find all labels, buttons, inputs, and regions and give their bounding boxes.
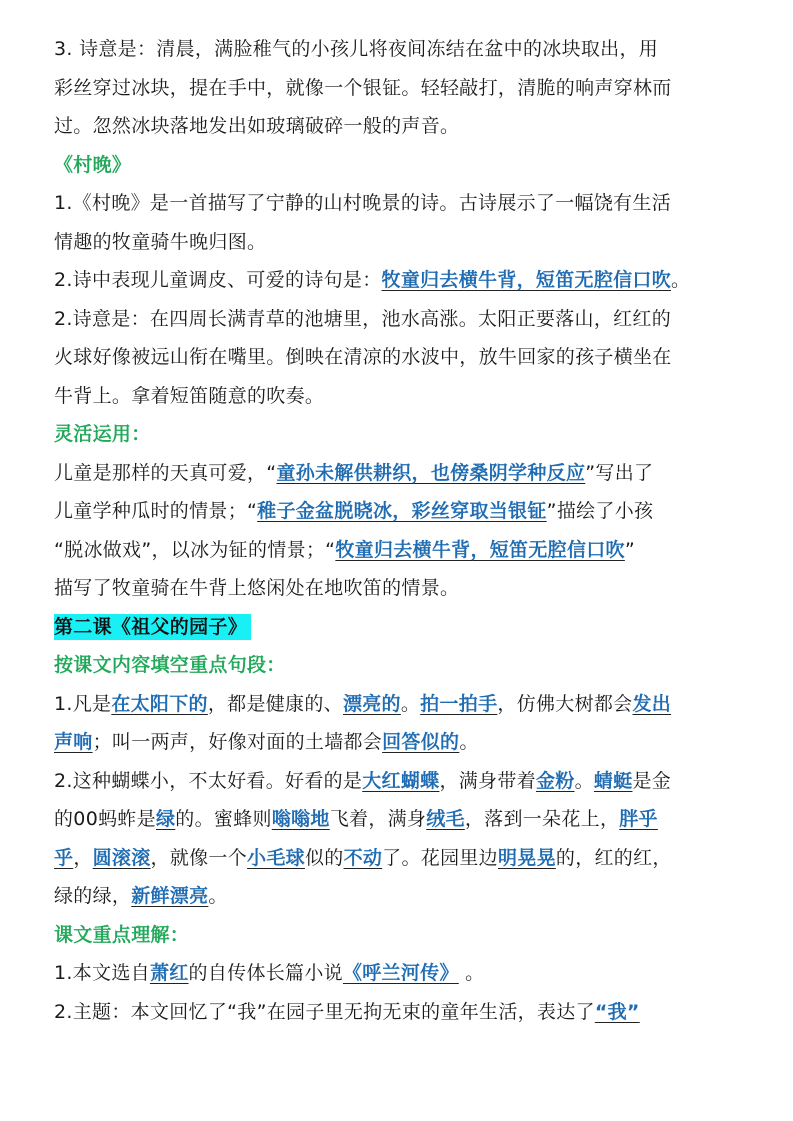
item-text: ，就像一个 — [151, 847, 248, 869]
item-text: 是金 — [632, 770, 671, 792]
fill-answer: 漂亮的 — [343, 693, 401, 715]
item-text: ， — [73, 847, 92, 869]
item-text: 的。蜜蜂则 — [175, 808, 272, 830]
fill-answer: 回答似的 — [382, 731, 459, 753]
fill-answer: 绒毛 — [426, 808, 465, 830]
item-text: 似的 — [305, 847, 344, 869]
item-text: 2.诗中表现儿童调皮、可爱的诗句是： — [54, 269, 382, 291]
item-text: 的，红的红， — [556, 847, 672, 869]
lesson-title: 第二课《祖父的园子》 — [54, 614, 251, 640]
item-text: “脱冰做戏”，以冰为钲的情景；“ — [54, 539, 335, 561]
application-line: 儿童学种瓜时的情景；“稚子金盆脱晓冰，彩丝穿取当银钲”描绘了小孩 — [54, 492, 744, 531]
item-text: ，满身带着 — [439, 770, 536, 792]
item-text: 1.凡是 — [54, 693, 111, 715]
item-text: 2.主题：本文回忆了“我”在园子里无拘无束的童年生活，表达了 — [54, 1001, 595, 1023]
fill-answer: 发出 — [632, 693, 671, 715]
fill-answer: 在太阳下的 — [111, 693, 208, 715]
application-line: “脱冰做戏”，以冰为钲的情景；“牧童归去横牛背，短笛无腔信口吹” — [54, 531, 744, 570]
fill-answer: 拍一拍手 — [420, 693, 497, 715]
fill-answer: 乎 — [54, 847, 73, 869]
item-text: ”写出了 — [585, 462, 653, 484]
fill-answer: 牧童归去横牛背，短笛无腔信口吹 — [382, 269, 672, 291]
lesson-title-row: 第二课《祖父的园子》 — [54, 608, 744, 647]
item-text: 。 — [459, 962, 485, 984]
item-text: 的00蚂蚱是 — [54, 808, 156, 830]
section-heading-understanding: 课文重点理解： — [54, 916, 744, 955]
document-page: 3. 诗意是：清晨，满脸稚气的小孩儿将夜间冻结在盆中的冰块取出，用 彩丝穿过冰块… — [54, 30, 744, 1031]
fill-answer: 稚子金盆脱晓冰，彩丝穿取当银钲 — [257, 500, 547, 522]
fill-answer: 牧童归去横牛背，短笛无腔信口吹 — [335, 539, 625, 561]
fill-answer: 新鲜漂亮 — [131, 885, 208, 907]
poem-meaning-line: 3. 诗意是：清晨，满脸稚气的小孩儿将夜间冻结在盆中的冰块取出，用 — [54, 30, 744, 69]
item-text: 了。花园里边 — [382, 847, 498, 869]
item-text: 。 — [671, 269, 690, 291]
item-text: ”描绘了小孩 — [547, 500, 654, 522]
item-text: 儿童是那样的天真可爱，“ — [54, 462, 276, 484]
item-text: 。 — [208, 885, 227, 907]
item-text: ” — [625, 539, 635, 561]
cunwan-item-2: 2.诗中表现儿童调皮、可爱的诗句是：牧童归去横牛背，短笛无腔信口吹。 — [54, 261, 744, 300]
fill-item-1: 1.凡是在太阳下的，都是健康的、漂亮的。拍一拍手，仿佛大树都会发出 — [54, 685, 744, 724]
fill-answer: 声响 — [54, 731, 93, 753]
fill-answer: 嗡嗡地 — [272, 808, 330, 830]
fill-answer: 不动 — [344, 847, 383, 869]
fill-item-2: 2.这种蝴蝶小，不太好看。好看的是大红蝴蝶，满身带着金粉。蜻蜓是金 — [54, 762, 744, 801]
fill-item-2: 绿的绿，新鲜漂亮。 — [54, 877, 744, 916]
understanding-item-2: 2.主题：本文回忆了“我”在园子里无拘无束的童年生活，表达了“我” — [54, 993, 744, 1032]
fill-answer: 胖乎 — [619, 808, 658, 830]
application-line: 描写了牧童骑在牛背上悠闲处在地吹笛的情景。 — [54, 569, 744, 608]
fill-answer: “我” — [595, 1001, 640, 1023]
fill-answer: 大红蝴蝶 — [362, 770, 439, 792]
item-text: 。 — [401, 693, 420, 715]
cunwan-item-3: 2.诗意是：在四周长满青草的池塘里，池水高涨。太阳正要落山，红红的 — [54, 300, 744, 339]
section-heading-fill: 按课文内容填空重点句段： — [54, 646, 744, 685]
item-text: 1.本文选自 — [54, 962, 150, 984]
fill-answer: 绿 — [156, 808, 175, 830]
item-text: ，都是健康的、 — [208, 693, 343, 715]
fill-answer: 明晃晃 — [498, 847, 556, 869]
application-line: 儿童是那样的天真可爱，“童孙未解供耕织，也傍桑阴学种反应”写出了 — [54, 454, 744, 493]
fill-answer: 萧红 — [150, 962, 189, 984]
item-text: ；叫一两声，好像对面的土墙都会 — [93, 731, 383, 753]
cunwan-item-1: 情趣的牧童骑牛晚归图。 — [54, 223, 744, 262]
poem-meaning-line: 过。忽然冰块落地发出如玻璃破碎一般的声音。 — [54, 107, 744, 146]
poem-meaning-line: 彩丝穿过冰块，提在手中，就像一个银钲。轻轻敲打，清脆的响声穿林而 — [54, 69, 744, 108]
fill-answer: 童孙未解供耕织，也傍桑阴学种反应 — [276, 462, 585, 484]
item-text: ，仿佛大树都会 — [497, 693, 632, 715]
fill-item-2: 的00蚂蚱是绿的。蜜蜂则嗡嗡地飞着，满身绒毛，落到一朵花上，胖乎 — [54, 800, 744, 839]
fill-answer: 蜻蜓 — [594, 770, 633, 792]
item-text: ，落到一朵花上， — [465, 808, 619, 830]
section-heading-cunwan: 《村晚》 — [54, 146, 744, 185]
fill-item-1: 声响；叫一两声，好像对面的土墙都会回答似的。 — [54, 723, 744, 762]
item-text: 绿的绿， — [54, 885, 131, 907]
cunwan-item-1: 1.《村晚》是一首描写了宁静的山村晚景的诗。古诗展示了一幅饶有生活 — [54, 184, 744, 223]
cunwan-item-3: 牛背上。拿着短笛随意的吹奏。 — [54, 377, 744, 416]
fill-answer: 小毛球 — [247, 847, 305, 869]
item-text: 。 — [575, 770, 594, 792]
item-text: 飞着，满身 — [330, 808, 427, 830]
fill-answer: 金粉 — [536, 770, 575, 792]
item-text: 2.这种蝴蝶小，不太好看。好看的是 — [54, 770, 362, 792]
item-text: 。 — [459, 731, 478, 753]
understanding-item-1: 1.本文选自萧红的自传体长篇小说《呼兰河传》 。 — [54, 954, 744, 993]
item-text: 儿童学种瓜时的情景；“ — [54, 500, 257, 522]
fill-answer: 《呼兰河传》 — [343, 962, 459, 984]
section-heading-application: 灵活运用： — [54, 415, 744, 454]
fill-answer: 圆滚滚 — [93, 847, 151, 869]
cunwan-item-3: 火球好像被远山衔在嘴里。倒映在清凉的水波中，放牛回家的孩子横坐在 — [54, 338, 744, 377]
fill-item-2: 乎，圆滚滚，就像一个小毛球似的不动了。花园里边明晃晃的，红的红， — [54, 839, 744, 878]
item-text: 的自传体长篇小说 — [189, 962, 343, 984]
